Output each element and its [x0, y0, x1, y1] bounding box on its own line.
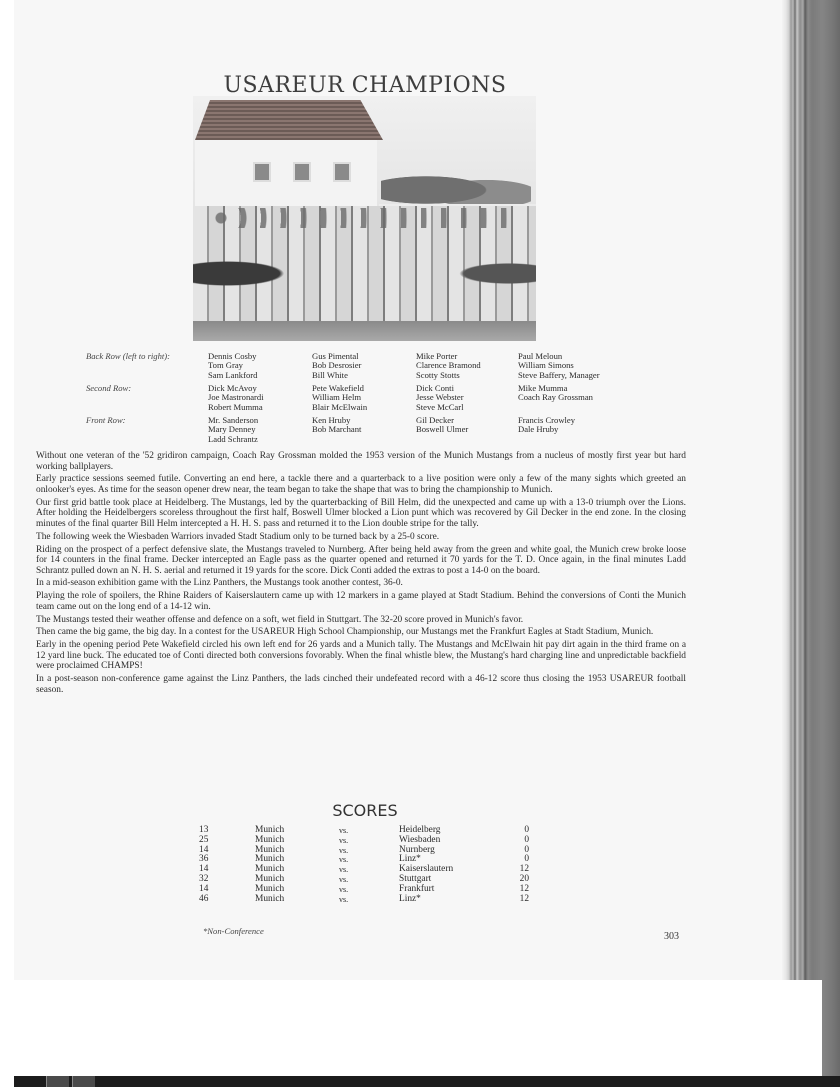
article-paragraph: In a post-season non-conference game aga…: [36, 674, 686, 695]
versus-label: vs.: [339, 875, 348, 885]
scan-bottom-edge: [14, 1076, 840, 1087]
article-paragraph: The following week the Wiesbaden Warrior…: [36, 532, 686, 543]
scan-margin: [0, 980, 822, 1076]
home-team: Munich: [255, 895, 284, 905]
article-paragraph: Playing the role of spoilers, the Rhine …: [36, 591, 686, 612]
score-row: 14Munichvs.Kaiserslautern12: [199, 865, 539, 875]
caption-name-column: Dennis CosbyTom GraySam Lankford: [208, 352, 257, 380]
edge-mark: [72, 1076, 95, 1087]
house-roof: [195, 100, 383, 140]
article-paragraph: In a mid-season exhibition game with the…: [36, 578, 686, 589]
versus-label: vs.: [339, 836, 348, 846]
caption-name-column: Pete WakefieldWilliam HelmBlair McElwain: [312, 384, 367, 412]
caption-row-label: Second Row:: [86, 384, 131, 393]
player-name: Steve Baffery, Manager: [518, 371, 600, 380]
opponent-score: 12: [509, 895, 529, 905]
versus-label: vs.: [339, 846, 348, 856]
article-paragraph: The Mustangs tested their weather offens…: [36, 615, 686, 626]
score-row: 13Munichvs.Heidelberg0: [199, 826, 539, 836]
caption-name-column: Paul MelounWilliam SimonsSteve Baffery, …: [518, 352, 600, 380]
player-name: Sam Lankford: [208, 371, 257, 380]
caption-name-column: Gil DeckerBoswell Ulmer: [416, 416, 468, 435]
caption-name-column: Mike MummaCoach Ray Grossman: [518, 384, 593, 403]
caption-name-column: Dick McAvoyJoe MastronardiRobert Mumma: [208, 384, 264, 412]
caption-name-column: Gus PimentalBob DesrosierBill White: [312, 352, 361, 380]
score-row: 14Munichvs.Frankfurt12: [199, 885, 539, 895]
article-body: Without one veteran of the '52 gridiron …: [36, 451, 686, 698]
player-name: Bill White: [312, 371, 361, 380]
player-name: Robert Mumma: [208, 403, 264, 412]
scores-heading: SCORES: [0, 801, 730, 820]
player-name: Coach Ray Grossman: [518, 393, 593, 402]
scores-footnote: *Non-Conference: [203, 926, 264, 936]
score-row: 14Munichvs.Nurnberg0: [199, 846, 539, 856]
caption-name-column: Francis CrowleyDale Hruby: [518, 416, 575, 435]
versus-label: vs.: [339, 826, 348, 836]
player-name: Dale Hruby: [518, 425, 575, 434]
caption-name-column: Dick ContiJesse WebsterSteve McCarl: [416, 384, 464, 412]
versus-label: vs.: [339, 885, 348, 895]
caption-name-column: Mike PorterClarence BramondScotty Stotts: [416, 352, 481, 380]
team-photo: [193, 96, 536, 341]
player-name: Bob Marchant: [312, 425, 361, 434]
caption-row: Front Row:Mr. SandersonMary DenneyLadd S…: [86, 416, 646, 446]
versus-label: vs.: [339, 865, 348, 875]
article-paragraph: Without one veteran of the '52 gridiron …: [36, 451, 686, 472]
player-name: Ladd Schrantz: [208, 435, 258, 444]
page-title: USAREUR CHAMPIONS: [0, 73, 730, 98]
versus-label: vs.: [339, 855, 348, 865]
caption-row: Back Row (left to right):Dennis CosbyTom…: [86, 352, 646, 384]
opponent-name: Linz*: [399, 895, 421, 905]
score-row: 46Munichvs.Linz*12: [199, 895, 539, 905]
page-number: 303: [664, 931, 679, 942]
caption-row-label: Back Row (left to right):: [86, 352, 170, 361]
score-row: 25Munichvs.Wiesbaden0: [199, 836, 539, 846]
caption-name-column: Ken HrubyBob Marchant: [312, 416, 361, 435]
article-paragraph: Early in the opening period Pete Wakefie…: [36, 640, 686, 672]
munich-score: 46: [199, 895, 208, 905]
edge-mark: [46, 1076, 69, 1087]
player-name: Scotty Stotts: [416, 371, 481, 380]
article-paragraph: Early practice sessions seemed futile. C…: [36, 474, 686, 495]
photo-caption: Back Row (left to right):Dennis CosbyTom…: [86, 352, 646, 446]
trees: [381, 166, 531, 206]
player-name: Blair McElwain: [312, 403, 367, 412]
player-name: Boswell Ulmer: [416, 425, 468, 434]
article-paragraph: Then came the big game, the big day. In …: [36, 627, 686, 638]
article-paragraph: Riding on the prospect of a perfect defe…: [36, 545, 686, 577]
player-name: Steve McCarl: [416, 403, 464, 412]
score-row: 32Munichvs.Stuttgart20: [199, 875, 539, 885]
caption-row-label: Front Row:: [86, 416, 126, 425]
scores-table: 13Munichvs.Heidelberg025Munichvs.Wiesbad…: [199, 826, 539, 904]
article-paragraph: Our first grid battle took place at Heid…: [36, 498, 686, 530]
caption-row: Second Row:Dick McAvoyJoe MastronardiRob…: [86, 384, 646, 416]
book-spine: [782, 0, 840, 1087]
versus-label: vs.: [339, 895, 348, 905]
score-row: 36Munichvs.Linz*0: [199, 855, 539, 865]
caption-name-column: Mr. SandersonMary DenneyLadd Schrantz: [208, 416, 258, 444]
